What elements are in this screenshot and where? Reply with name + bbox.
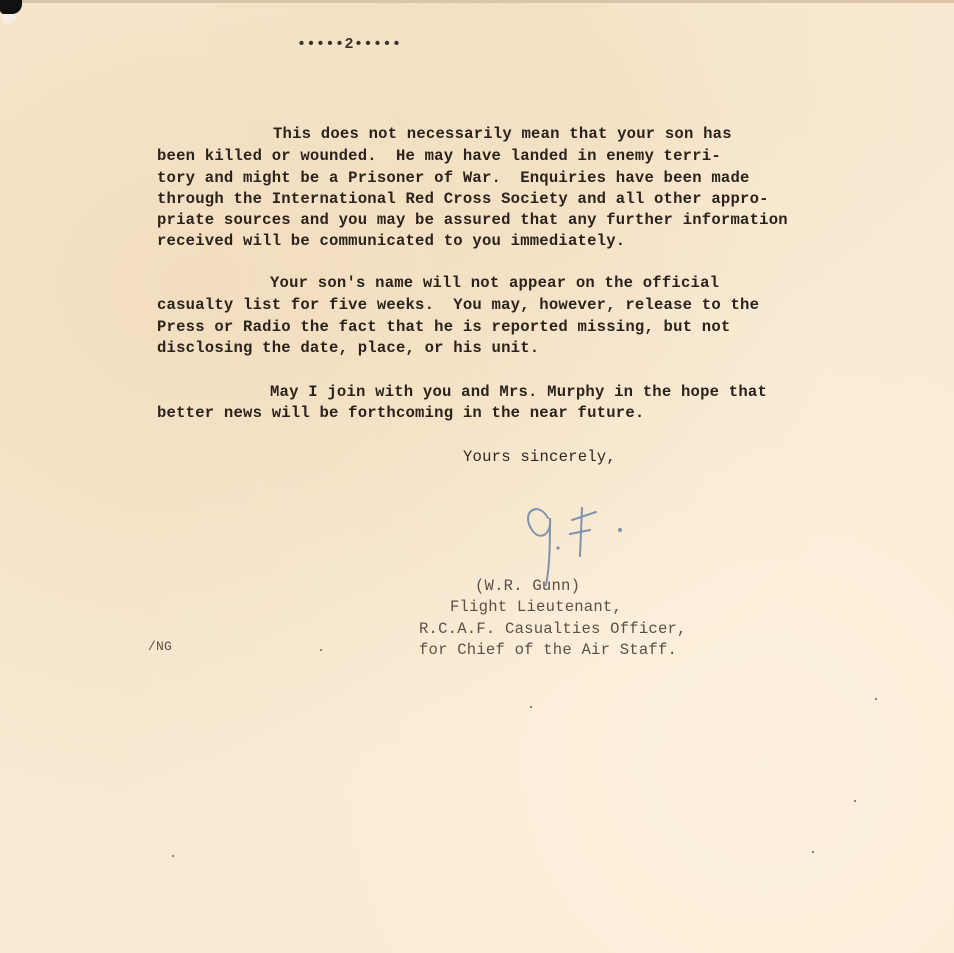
paragraph-3-line-1: May I join with you and Mrs. Murphy in t…	[270, 382, 767, 402]
paragraph-1-line-5: priate sources and you may be assured th…	[157, 210, 788, 230]
corner-binding-highlight	[2, 14, 16, 24]
paper-speck	[320, 649, 322, 651]
paper-speck	[812, 851, 814, 853]
corner-binding-mark	[0, 0, 22, 14]
closing-salutation: Yours sincerely,	[463, 447, 616, 467]
paragraph-2-line-2: casualty list for five weeks. You may, h…	[157, 295, 759, 315]
page-number-marker: •••••2•••••	[297, 36, 402, 53]
paragraph-1-line-4: through the International Red Cross Soci…	[157, 189, 769, 209]
signatory-name: (W.R. Gunn)	[475, 576, 580, 596]
paper-speck	[172, 855, 174, 857]
paper-speck	[854, 800, 856, 802]
signatory-on-behalf: for Chief of the Air Staff.	[419, 640, 677, 660]
paragraph-2-line-1: Your son's name will not appear on the o…	[270, 273, 719, 293]
paper-speck	[875, 698, 877, 700]
signatory-rank: Flight Lieutenant,	[450, 597, 622, 617]
paragraph-1-line-6: received will be communicated to you imm…	[157, 231, 625, 251]
paragraph-1-line-2: been killed or wounded. He may have land…	[157, 146, 721, 166]
paragraph-1-line-1: This does not necessarily mean that your…	[273, 124, 732, 144]
paragraph-2-line-4: disclosing the date, place, or his unit.	[157, 338, 539, 358]
page-top-edge	[0, 0, 954, 3]
typist-reference: /NG	[148, 637, 172, 657]
paragraph-1-line-3: tory and might be a Prisoner of War. Enq…	[157, 168, 750, 188]
document-page: •••••2••••• This does not necessarily me…	[0, 0, 954, 953]
paragraph-3-line-2: better news will be forthcoming in the n…	[157, 403, 644, 423]
paragraph-2-line-3: Press or Radio the fact that he is repor…	[157, 317, 730, 337]
signatory-title: R.C.A.F. Casualties Officer,	[419, 619, 687, 639]
paper-speck	[530, 706, 532, 708]
